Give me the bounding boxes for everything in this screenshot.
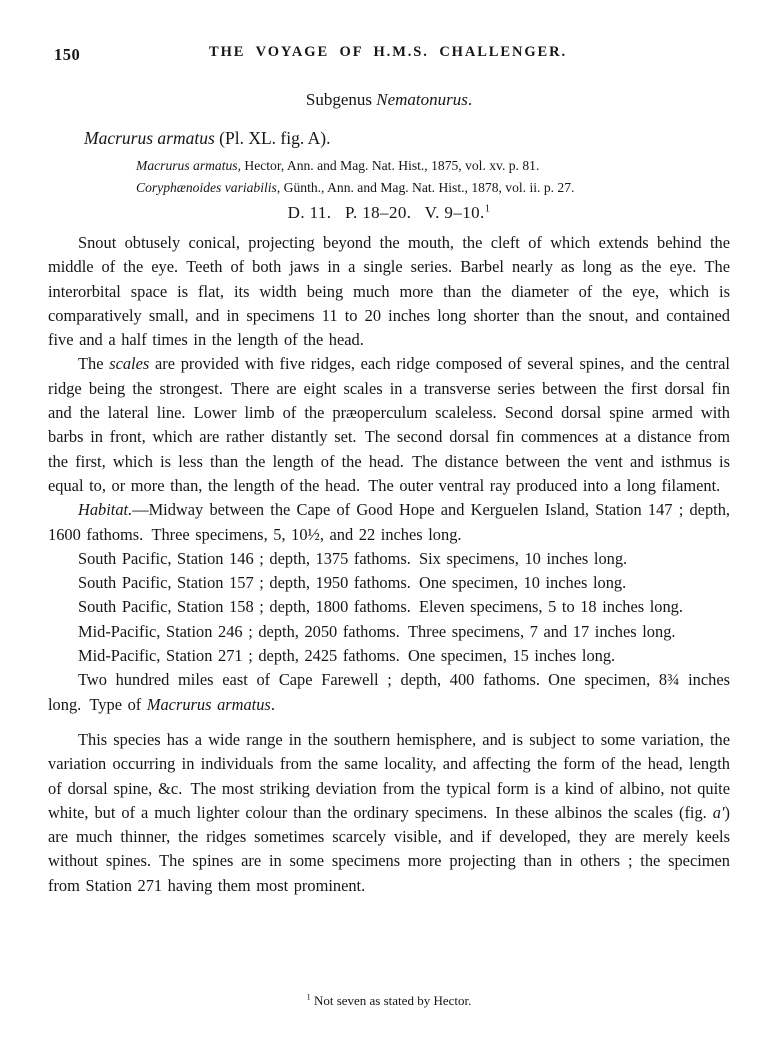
paragraph-station-246: Mid-Pacific, Station 246 ; depth, 2050 f… bbox=[48, 620, 730, 644]
paragraph-habitat: Habitat.—Midway between the Cape of Good… bbox=[48, 498, 730, 547]
page-content: Subgenus Nematonurus. Macrurus armatus (… bbox=[48, 84, 730, 898]
running-title: THE VOYAGE OF H.M.S. CHALLENGER. bbox=[48, 44, 728, 61]
synonymy-list: Macrurus armatus, Hector, Ann. and Mag. … bbox=[136, 155, 730, 198]
paragraph-description-snout: Snout obtusely conical, projecting beyon… bbox=[48, 231, 730, 352]
body-text: Snout obtusely conical, projecting beyon… bbox=[48, 231, 730, 898]
synonymy-line: Macrurus armatus, Hector, Ann. and Mag. … bbox=[136, 155, 730, 177]
footnote: 1 Not seven as stated by Hector. bbox=[48, 993, 730, 1009]
species-heading: Macrurus armatus (Pl. XL. fig. A). bbox=[84, 128, 730, 149]
subgenus-heading: Subgenus Nematonurus. bbox=[48, 90, 730, 110]
synonymy-line: Coryphænoides variabilis, Günth., Ann. a… bbox=[136, 177, 730, 199]
page-number: 150 bbox=[54, 45, 80, 65]
paragraph-station-157: South Pacific, Station 157 ; depth, 1950… bbox=[48, 571, 730, 595]
running-head: 150 THE VOYAGE OF H.M.S. CHALLENGER. bbox=[48, 44, 728, 66]
fin-formula: D. 11. P. 18–20. V. 9–10.1 bbox=[48, 203, 730, 223]
paragraph-station-271: Mid-Pacific, Station 271 ; depth, 2425 f… bbox=[48, 644, 730, 668]
paragraph-cape-farewell: Two hundred miles east of Cape Farewell … bbox=[48, 668, 730, 717]
paragraph-description-scales: The scales are provided with five ridges… bbox=[48, 352, 730, 498]
book-page: 150 THE VOYAGE OF H.M.S. CHALLENGER. Sub… bbox=[0, 0, 776, 1050]
paragraph-station-158: South Pacific, Station 158 ; depth, 1800… bbox=[48, 595, 730, 619]
paragraph-variation: This species has a wide range in the sou… bbox=[48, 728, 730, 898]
paragraph-station-146: South Pacific, Station 146 ; depth, 1375… bbox=[48, 547, 730, 571]
